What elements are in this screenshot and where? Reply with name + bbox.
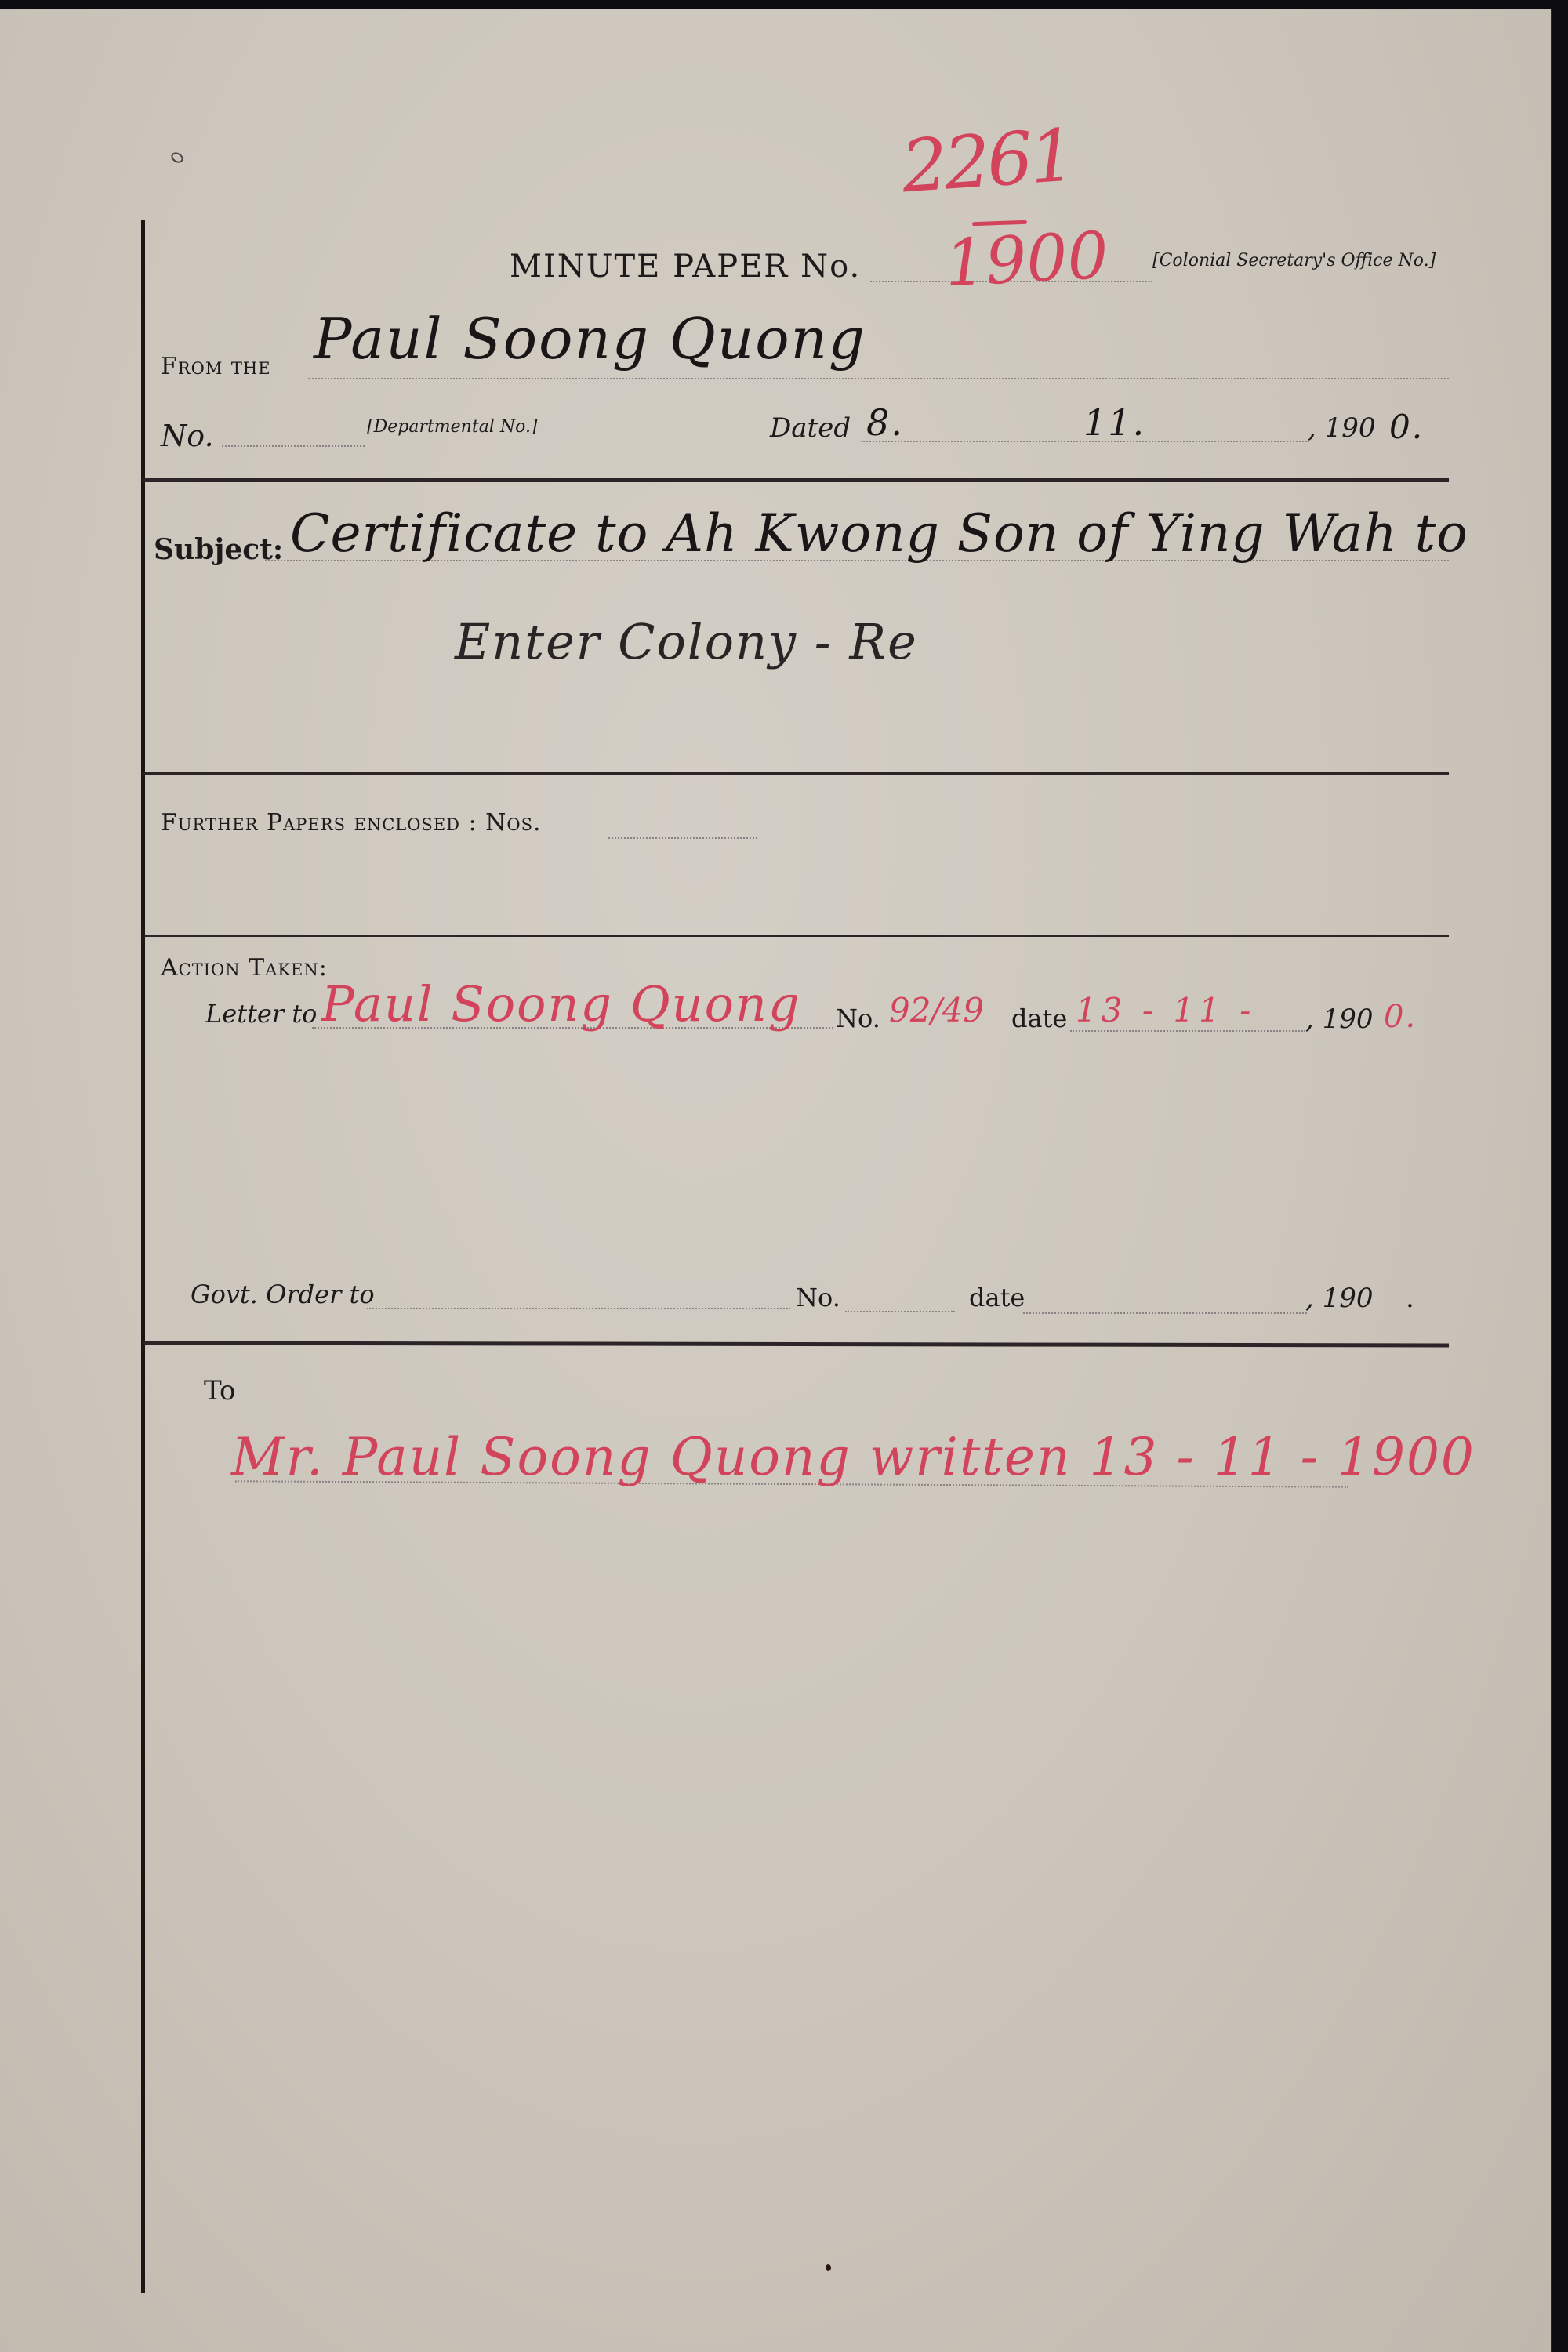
- letter-to-value: Paul Soong Quong: [321, 975, 801, 1033]
- further-papers-divider: [143, 935, 1449, 937]
- paper-blemish: [169, 151, 185, 165]
- minute-paper-sheet: 2261 MINUTE PAPER No. 1900 [Colonial Sec…: [0, 9, 1552, 2352]
- govt-order-date-label: date: [969, 1283, 1025, 1312]
- letter-date-value: 13 - 11 -: [1076, 991, 1255, 1029]
- letter-date-dots: [1070, 1030, 1305, 1032]
- govt-order-year-suffix: .: [1406, 1283, 1414, 1314]
- minute-paper-title: MINUTE PAPER No.: [510, 249, 861, 285]
- further-papers-label: Further Papers enclosed : Nos.: [161, 809, 542, 837]
- header-divider: [143, 478, 1449, 482]
- letter-no-label: No.: [836, 1004, 880, 1033]
- subject-label: Subject:: [154, 533, 283, 566]
- letter-year-printed: , 190: [1305, 1004, 1374, 1035]
- govt-order-no-dots: [845, 1311, 955, 1312]
- departmental-no-label: No.: [161, 419, 214, 453]
- dated-year-printed: , 190: [1308, 412, 1376, 444]
- to-value: Mr. Paul Soong Quong written 13 - 11 - 1…: [231, 1427, 1475, 1487]
- govt-order-date-dots: [1023, 1312, 1307, 1314]
- subject-line-1: Certificate to Ah Kwong Son of Ying Wah …: [290, 503, 1468, 564]
- subject-divider: [143, 772, 1449, 775]
- from-value: Paul Soong Quong: [314, 306, 866, 372]
- subject-line-2: Enter Colony - Re: [455, 613, 918, 670]
- from-dots: [308, 378, 1449, 379]
- dated-label: Dated: [770, 412, 851, 444]
- departmental-no-note: [Departmental No.]: [367, 417, 538, 437]
- action-taken-label: Action Taken:: [161, 954, 328, 982]
- from-label: From the: [161, 353, 271, 380]
- govt-order-year-printed: , 190: [1305, 1283, 1374, 1314]
- letter-year-suffix: 0.: [1384, 999, 1417, 1035]
- to-label: To: [204, 1375, 236, 1406]
- govt-order-dots: [367, 1308, 790, 1309]
- colonial-secretary-office-note: [Colonial Secretary's Office No.]: [1152, 251, 1436, 270]
- paper-speck: [826, 2264, 831, 2271]
- dated-day: 8.: [866, 401, 904, 444]
- dated-month: 11.: [1083, 401, 1145, 444]
- govt-order-no-label: No.: [796, 1283, 840, 1312]
- govt-order-divider: [143, 1341, 1449, 1348]
- minute-paper-year: 1900: [943, 219, 1110, 302]
- left-margin-rule: [141, 220, 145, 2293]
- letter-to-label: Letter to: [205, 999, 317, 1029]
- govt-order-label: Govt. Order to: [191, 1279, 375, 1309]
- letter-no-value: 92/49: [889, 991, 984, 1029]
- letter-date-label: date: [1011, 1004, 1067, 1033]
- further-papers-dots: [608, 837, 757, 839]
- minute-paper-number: 2261: [899, 114, 1076, 209]
- dated-year-suffix: 0.: [1389, 408, 1424, 446]
- departmental-no-dots: [222, 445, 365, 447]
